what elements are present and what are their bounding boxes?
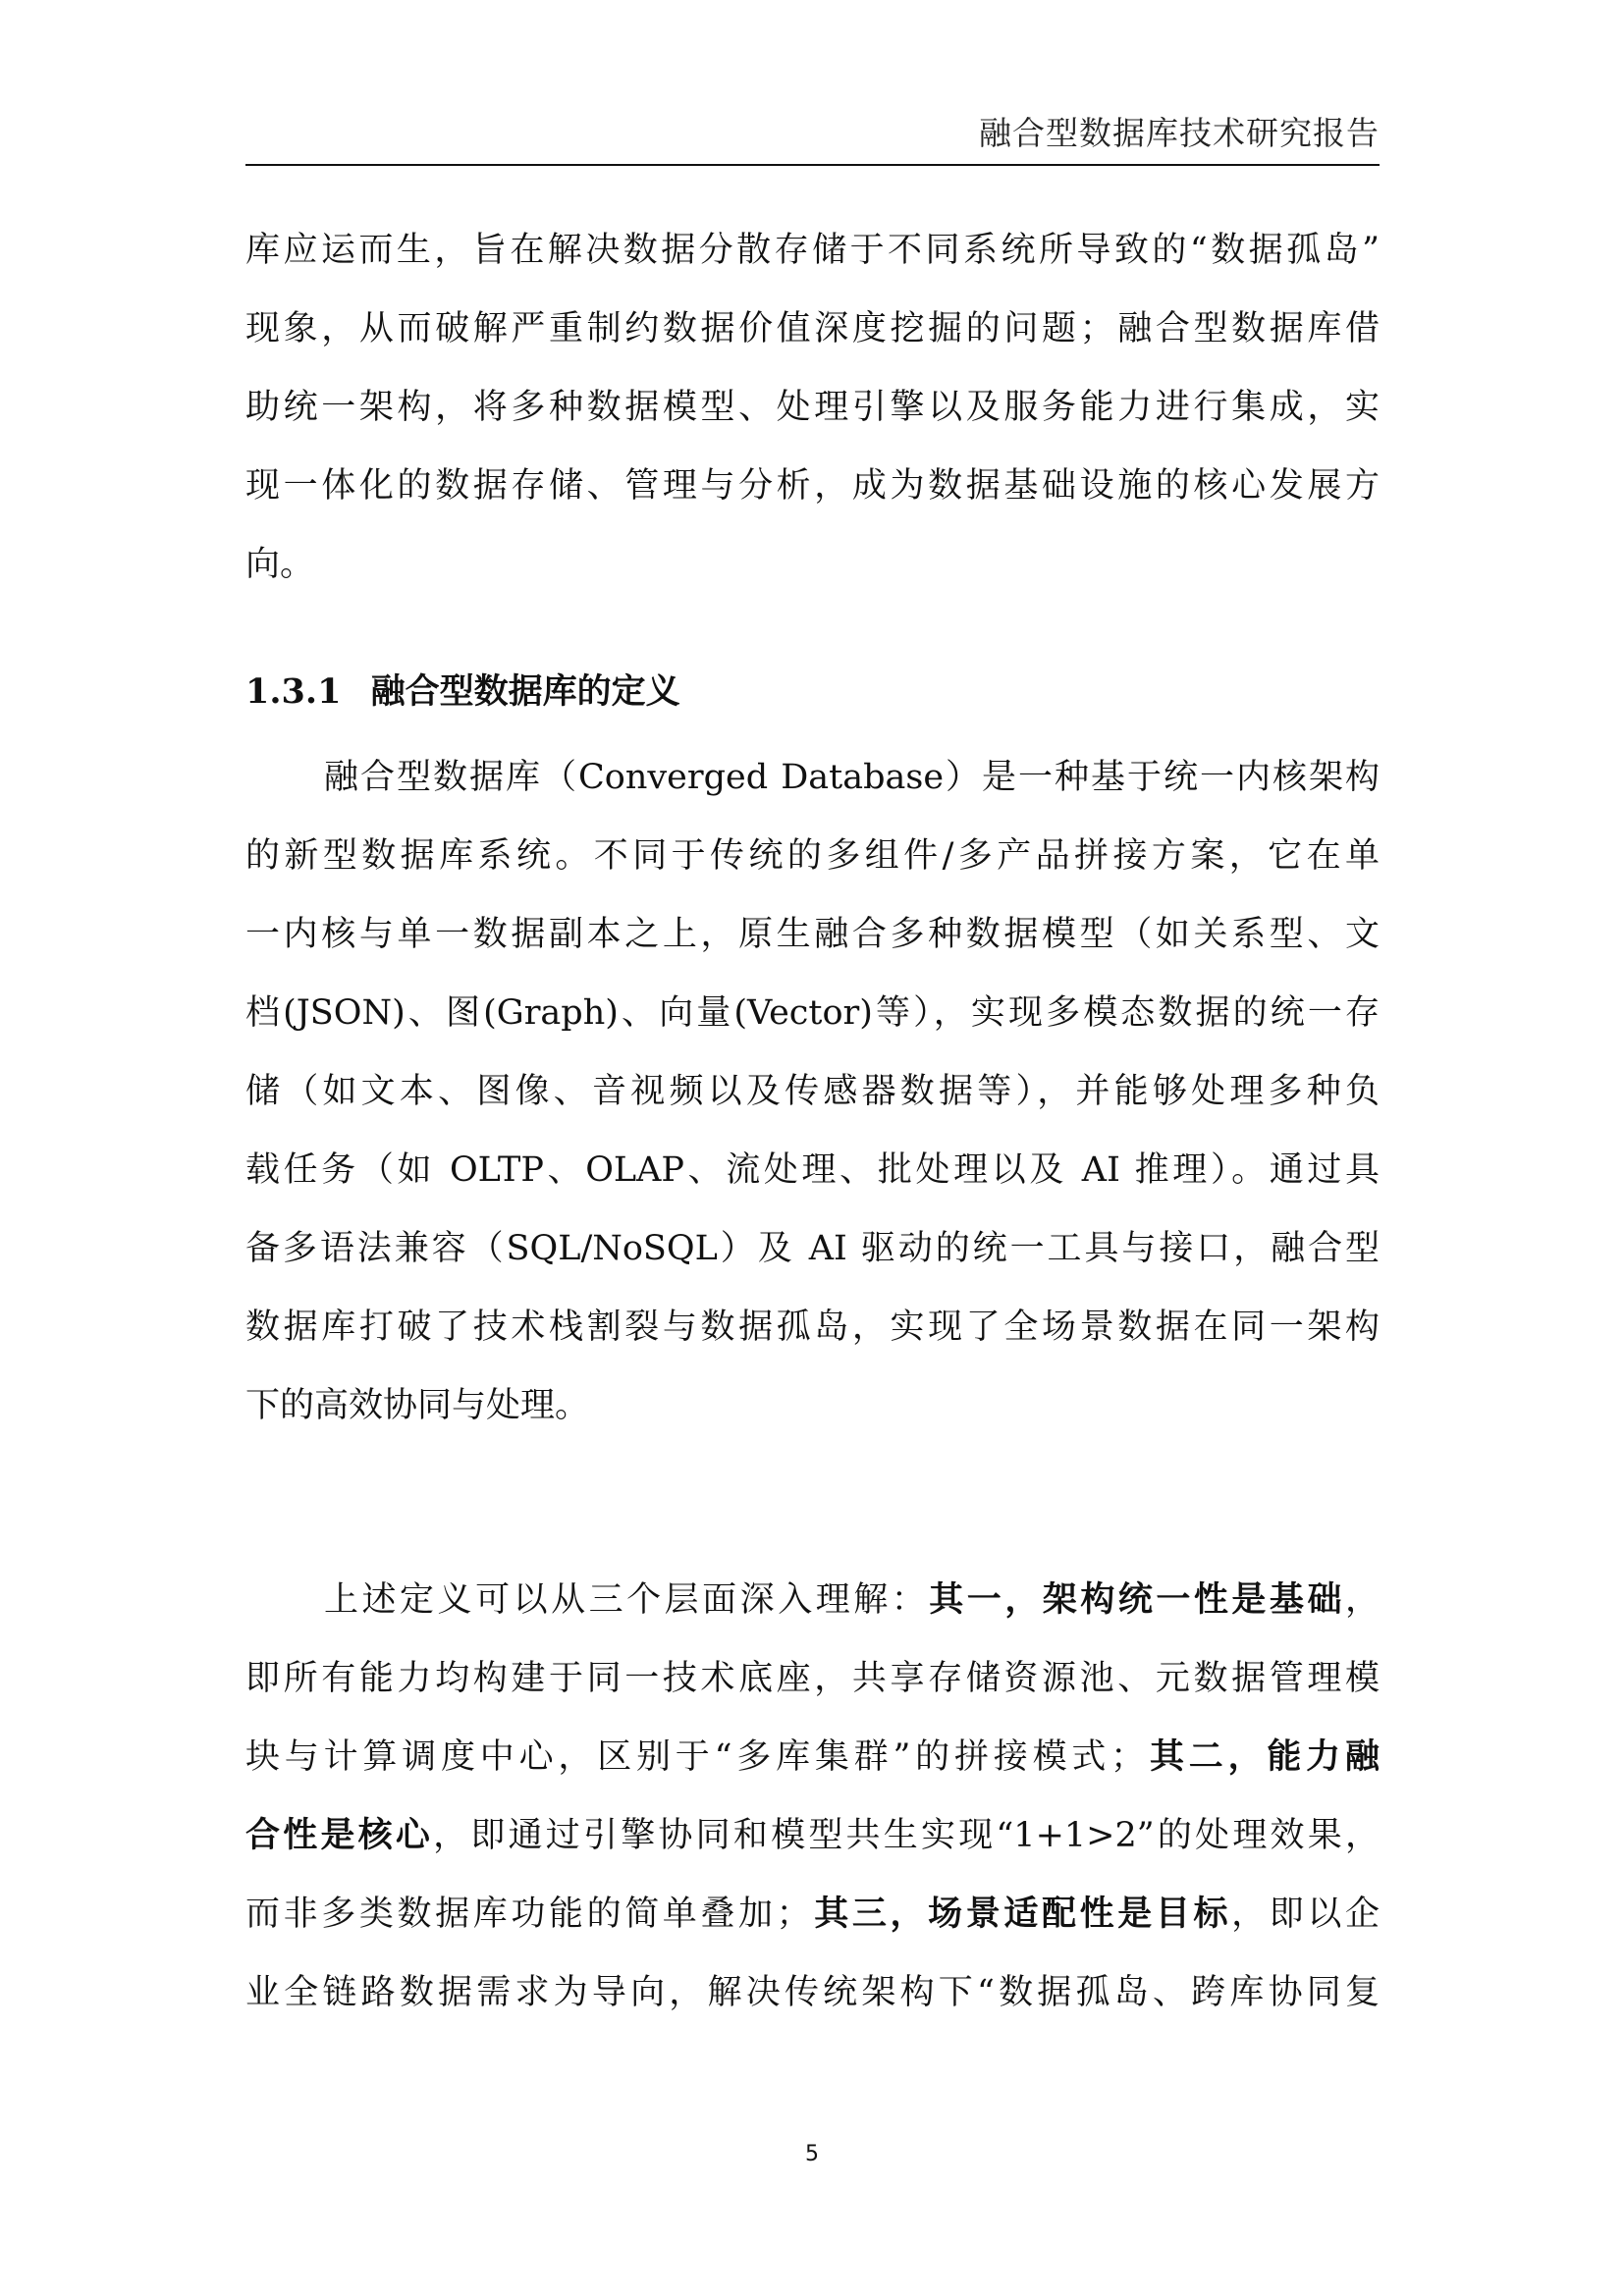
text-line: 档(JSON)、图(Graph)、向量(Vector)等），实现多模态数据的统一… [245,974,1380,1052]
text-line: 现一体化的数据存储、管理与分析，成为数据基础设施的核心发展方 [245,447,1380,525]
text-run: ，即通过引擎协同和模型共生实现“1+1>2”的处理效果， [433,1816,1380,1855]
text-line: 数据库打破了技术栈割裂与数据孤岛，实现了全场景数据在同一架构 [245,1288,1380,1366]
text-line: 融合型数据库（Converged Database）是一种基于统一内核架构 [245,738,1380,817]
intro-paragraph: 库应运而生，旨在解决数据分散存储于不同系统所导致的“数据孤岛” 现象，从而破解严… [245,211,1380,604]
section-number: 1.3.1 [245,671,341,712]
text-line: 一内核与单一数据副本之上，原生融合多种数据模型（如关系型、文 [245,895,1380,974]
text-line: 备多语法兼容（SQL/NoSQL）及 AI 驱动的统一工具与接口，融合型 [245,1209,1380,1288]
text-run: ， [1345,1580,1380,1620]
text-line: 的新型数据库系统。不同于传统的多组件/多产品拼接方案，它在单 [245,817,1380,895]
text-run: 而非多类数据库功能的简单叠加； [245,1895,811,1934]
text-line: 储（如文本、图像、音视频以及传感器数据等），并能够处理多种负 [245,1052,1380,1131]
page-number: 5 [0,2142,1624,2166]
text-line: 即所有能力均构建于同一技术底座，共享存储资源池、元数据管理模 [245,1639,1380,1718]
text-run: 上述定义可以从三个层面深入理解： [324,1580,929,1620]
text-line: 而非多类数据库功能的简单叠加；其三，场景适配性是目标，即以企 [245,1875,1380,1953]
emphasis-architecture-unity: 其一，架构统一性是基础 [929,1580,1345,1620]
text-run: 块与计算调度中心，区别于“多库集群”的拼接模式； [245,1737,1145,1777]
emphasis-capability-fusion-cont: 合性是核心 [245,1816,433,1855]
text-line: 上述定义可以从三个层面深入理解：其一，架构统一性是基础， [245,1561,1380,1639]
text-line: 向。 [245,525,1380,604]
emphasis-scenario-fit: 其三，场景适配性是目标 [811,1895,1231,1934]
text-run: ，即以企 [1231,1895,1380,1934]
section-heading: 1.3.1 融合型数据库的定义 [245,653,680,731]
understanding-paragraph: 上述定义可以从三个层面深入理解：其一，架构统一性是基础， 即所有能力均构建于同一… [245,1561,1380,2032]
text-line: 现象，从而破解严重制约数据价值深度挖掘的问题；融合型数据库借 [245,290,1380,368]
document-page: 融合型数据库技术研究报告 库应运而生，旨在解决数据分散存储于不同系统所导致的“数… [0,0,1624,2296]
report-title: 融合型数据库技术研究报告 [979,114,1380,152]
text-line: 合性是核心，即通过引擎协同和模型共生实现“1+1>2”的处理效果， [245,1796,1380,1875]
running-header: 融合型数据库技术研究报告 [245,110,1380,166]
text-line: 载任务（如 OLTP、OLAP、流处理、批处理以及 AI 推理）。通过具 [245,1131,1380,1209]
text-line: 助统一架构，将多种数据模型、处理引擎以及服务能力进行集成，实 [245,368,1380,447]
text-line: 块与计算调度中心，区别于“多库集群”的拼接模式；其二，能力融 [245,1718,1380,1796]
text-line: 下的高效协同与处理。 [245,1366,1380,1445]
text-line: 库应运而生，旨在解决数据分散存储于不同系统所导致的“数据孤岛” [245,211,1380,290]
text-line: 业全链路数据需求为导向，解决传统架构下“数据孤岛、跨库协同复 [245,1953,1380,2032]
definition-paragraph: 融合型数据库（Converged Database）是一种基于统一内核架构 的新… [245,738,1380,1445]
section-title: 融合型数据库的定义 [371,671,680,712]
emphasis-capability-fusion: 其二，能力融 [1145,1737,1380,1777]
